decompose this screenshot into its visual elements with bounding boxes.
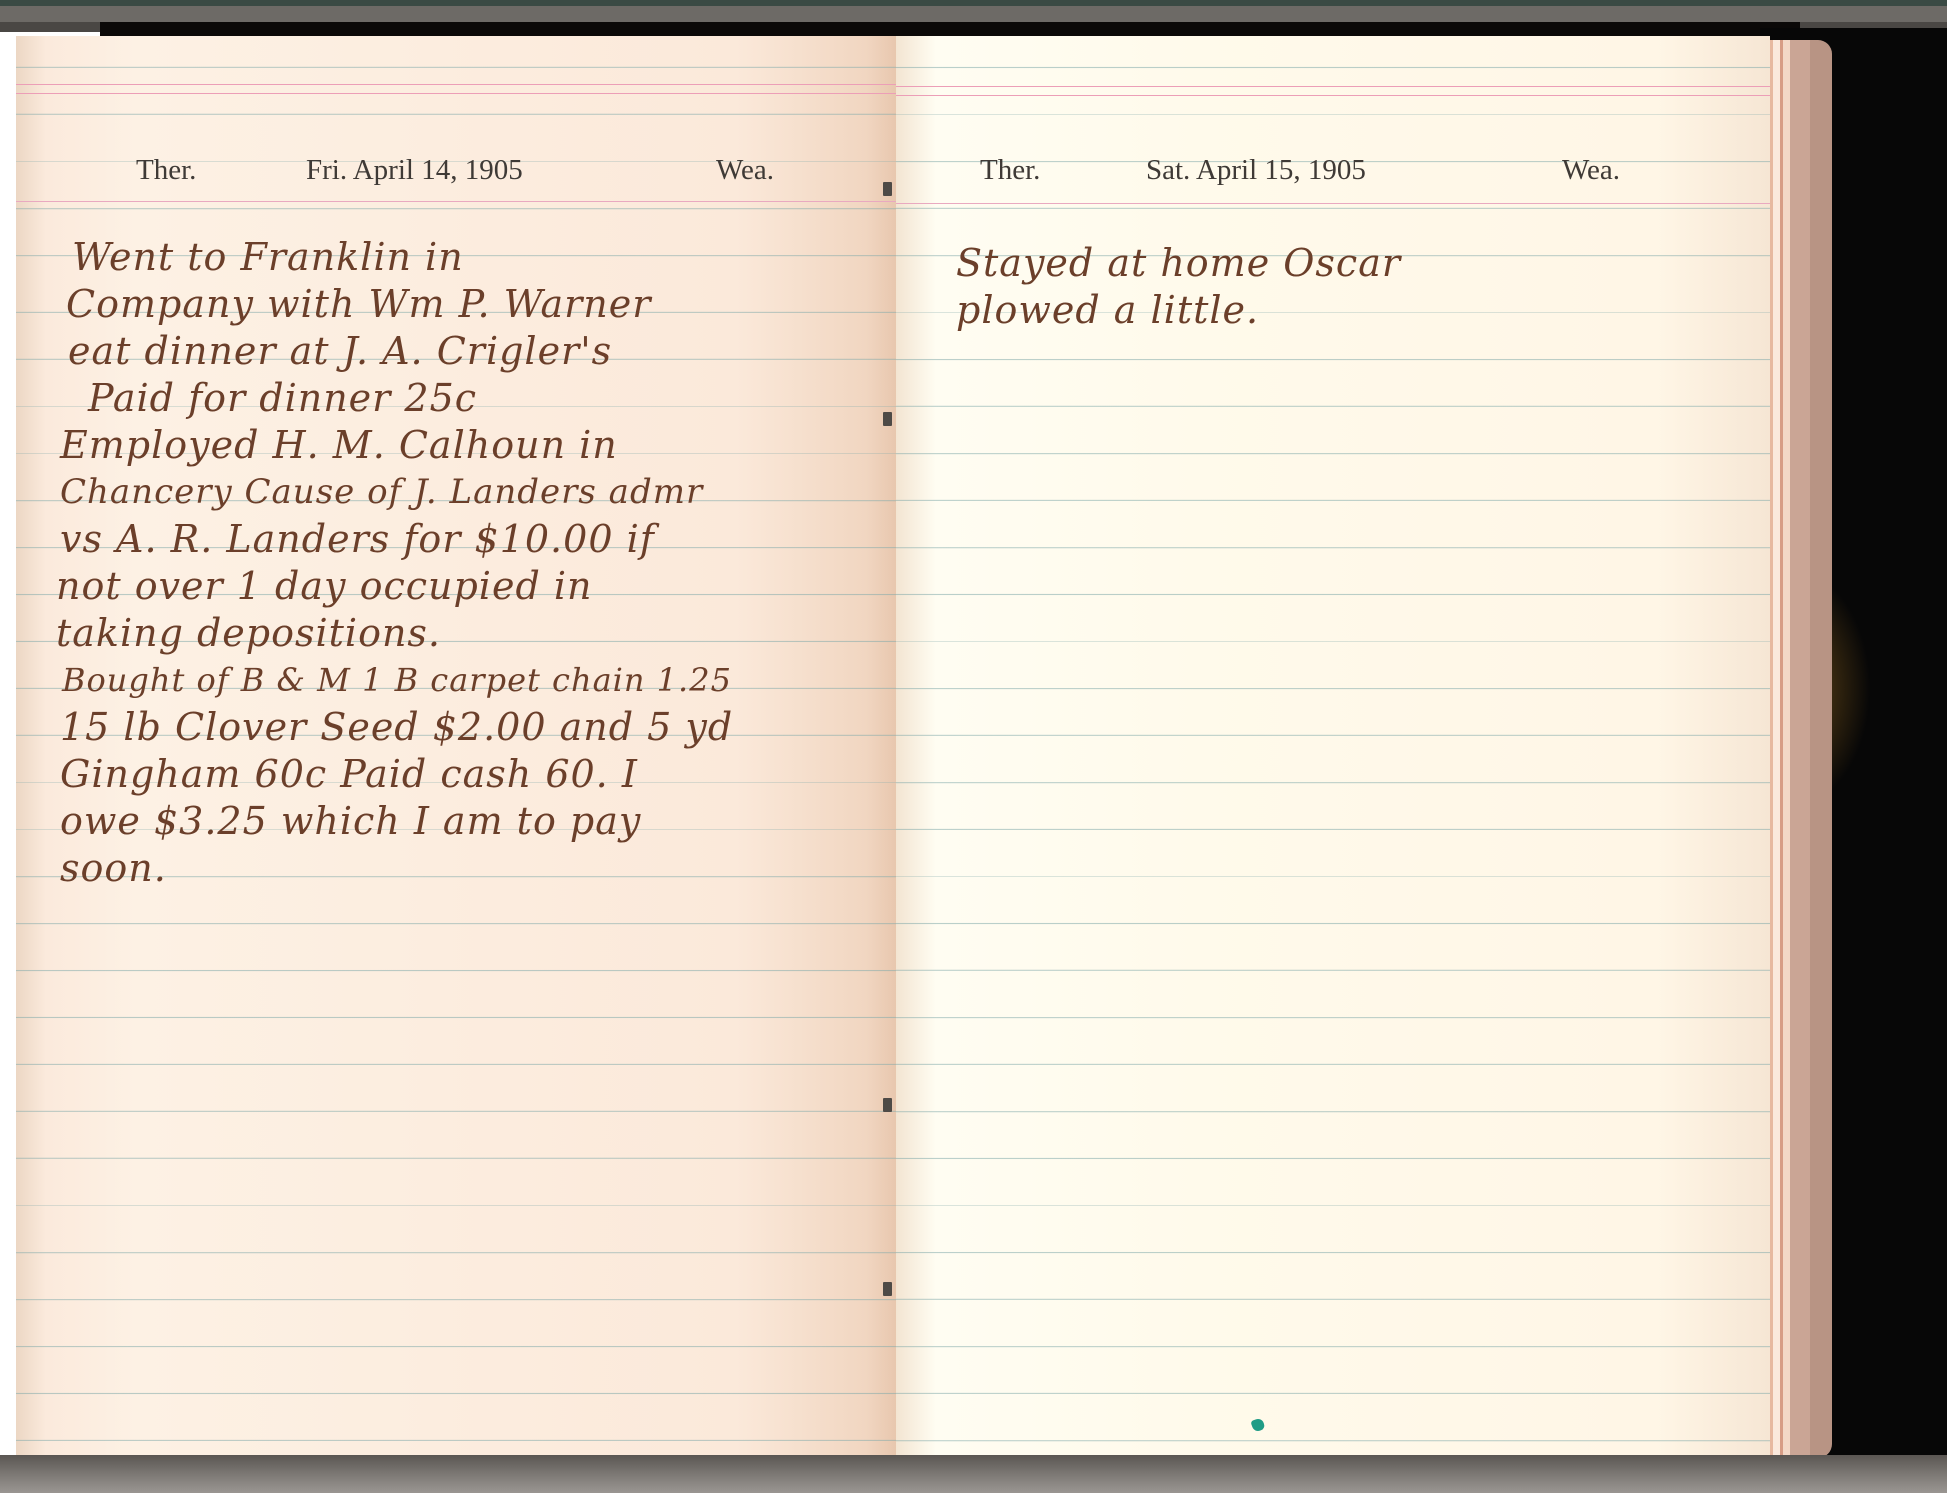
weather-label: Wea. xyxy=(1562,154,1620,187)
entry-line: Stayed at home Oscar xyxy=(956,240,1756,287)
entry-line: plowed a little. xyxy=(956,287,1756,334)
handwritten-entry: Went to Franklin in Company with Wm P. W… xyxy=(56,234,876,892)
entry-line: 15 lb Clover Seed $2.00 and 5 yd xyxy=(56,704,876,751)
entry-line: Went to Franklin in xyxy=(56,234,876,281)
header-double-rule-top xyxy=(16,84,896,85)
header-underline xyxy=(896,203,1770,204)
thermometer-label: Ther. xyxy=(136,154,196,187)
entry-line: Bought of B & M 1 B carpet chain 1.25 xyxy=(56,657,876,704)
entry-line: owe $3.25 which I am to pay xyxy=(56,798,876,845)
entry-line: eat dinner at J. A. Crigler's xyxy=(56,328,876,375)
header-double-rule-bottom xyxy=(16,93,896,94)
binding-stitch xyxy=(883,412,892,426)
scanner-bottom-edge xyxy=(0,1455,1947,1493)
entry-date: Sat. April 15, 1905 xyxy=(1146,154,1366,187)
book-cover-top-shadow xyxy=(100,22,1800,36)
thermometer-label: Ther. xyxy=(980,154,1040,187)
binding-stitch xyxy=(883,182,892,196)
binding-stitch xyxy=(883,1282,892,1296)
left-page: Ther. Fri. April 14, 1905 Wea. Went to F… xyxy=(16,36,896,1456)
entry-line: Paid for dinner 25c xyxy=(56,375,876,422)
header-underline xyxy=(16,201,896,202)
entry-line: vs A. R. Landers for $10.00 if xyxy=(56,516,876,563)
page-block-fore-edge xyxy=(1770,40,1832,1458)
handwritten-entry: Stayed at home Oscar plowed a little. xyxy=(956,240,1756,334)
ink-stain xyxy=(1250,1417,1265,1432)
entry-date: Fri. April 14, 1905 xyxy=(306,154,523,187)
entry-line: soon. xyxy=(56,845,876,892)
entry-line: taking depositions. xyxy=(56,610,876,657)
entry-line: Company with Wm P. Warner xyxy=(56,281,876,328)
binding-stitch xyxy=(883,1098,892,1112)
entry-line: Gingham 60c Paid cash 60. I xyxy=(56,751,876,798)
entry-line: not over 1 day occupied in xyxy=(56,563,876,610)
header-double-rule-bottom xyxy=(896,95,1770,96)
header-double-rule-top xyxy=(896,86,1770,87)
weather-label: Wea. xyxy=(716,154,774,187)
entry-line: Chancery Cause of J. Landers admr xyxy=(56,469,876,516)
right-page: Ther. Sat. April 15, 1905 Wea. Stayed at… xyxy=(896,36,1770,1456)
scanned-diary-spread: Ther. Fri. April 14, 1905 Wea. Went to F… xyxy=(0,0,1947,1500)
entry-line: Employed H. M. Calhoun in xyxy=(56,422,876,469)
